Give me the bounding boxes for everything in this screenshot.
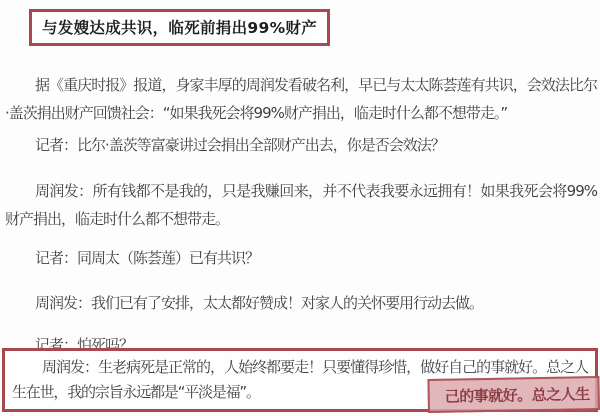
headline-text: 与发嫂达成共识，临死前捐出99%财产 [42,19,317,37]
paragraph-intro: 据《重庆时报》报道，身家丰厚的周润发看破名利，早已与太太陈荟莲有共识，会效法比尔… [5,71,597,127]
headline-box: 与发嫂达成共识，临死前捐出99%财产 [29,9,330,46]
paragraph-reporter-question-1: 记者：比尔·盖茨等富豪讲过会捐出全部财产出去，你是否会效法？ [5,131,597,159]
ghost-watermark-overlay: 己的事就好。总之人生 [427,376,600,413]
ghost-watermark-text: 己的事就好。总之人生 [445,383,590,407]
paragraph-chow-answer-1: 周润发：所有钱都不是我的，只是我赚回来，并不代表我要永远拥有！如果我死会将99%… [5,177,597,233]
paragraph-chow-answer-2: 周润发：我们已有了安排，太太都好赞成！对家人的关怀要用行动去做。 [5,289,597,317]
paragraph-reporter-question-2: 记者：同周太（陈荟莲）已有共识？ [5,244,597,272]
